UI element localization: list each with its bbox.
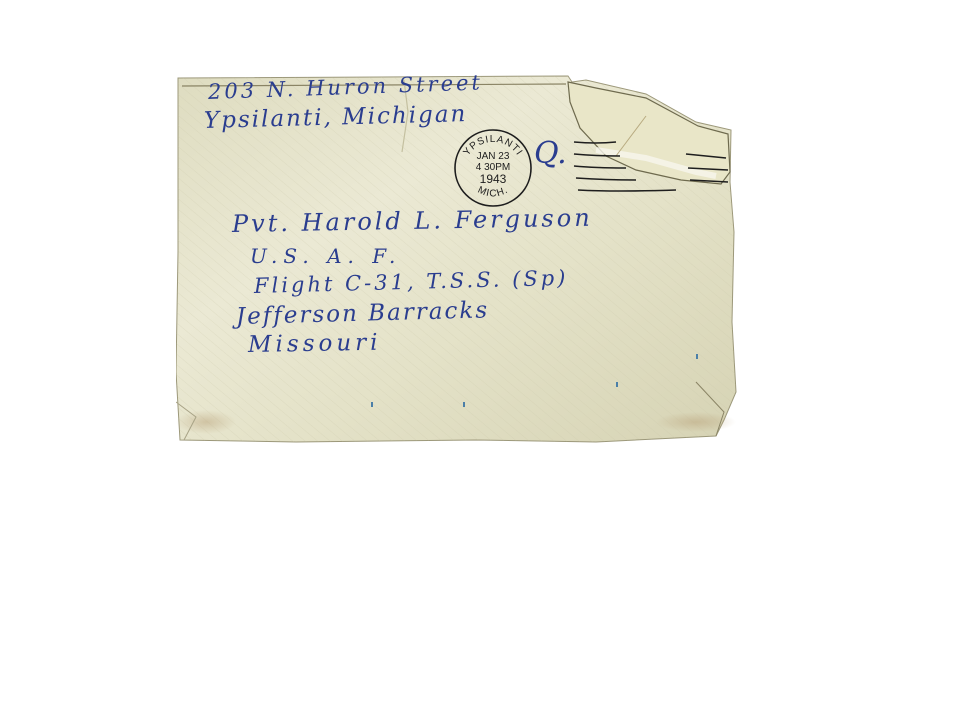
postmark-date: JAN 23 (452, 151, 534, 162)
ink-speck (371, 402, 373, 407)
handwritten-initial: Q. (534, 136, 567, 171)
recipient-line-2: U.S. A. F. (250, 244, 401, 268)
ink-speck (463, 402, 465, 407)
postmark-stamp: YPSILANTI MICH. JAN 23 4 30PM 1943 (452, 127, 534, 209)
ink-speck (696, 354, 698, 359)
postmark-year: 1943 (452, 174, 534, 185)
recipient-line-5: Missouri (248, 330, 382, 358)
envelope-photo: 203 N. Huron Street Ypsilanti, Michigan … (176, 72, 738, 444)
ink-speck (616, 382, 618, 387)
svg-text:MICH.: MICH. (476, 185, 510, 200)
